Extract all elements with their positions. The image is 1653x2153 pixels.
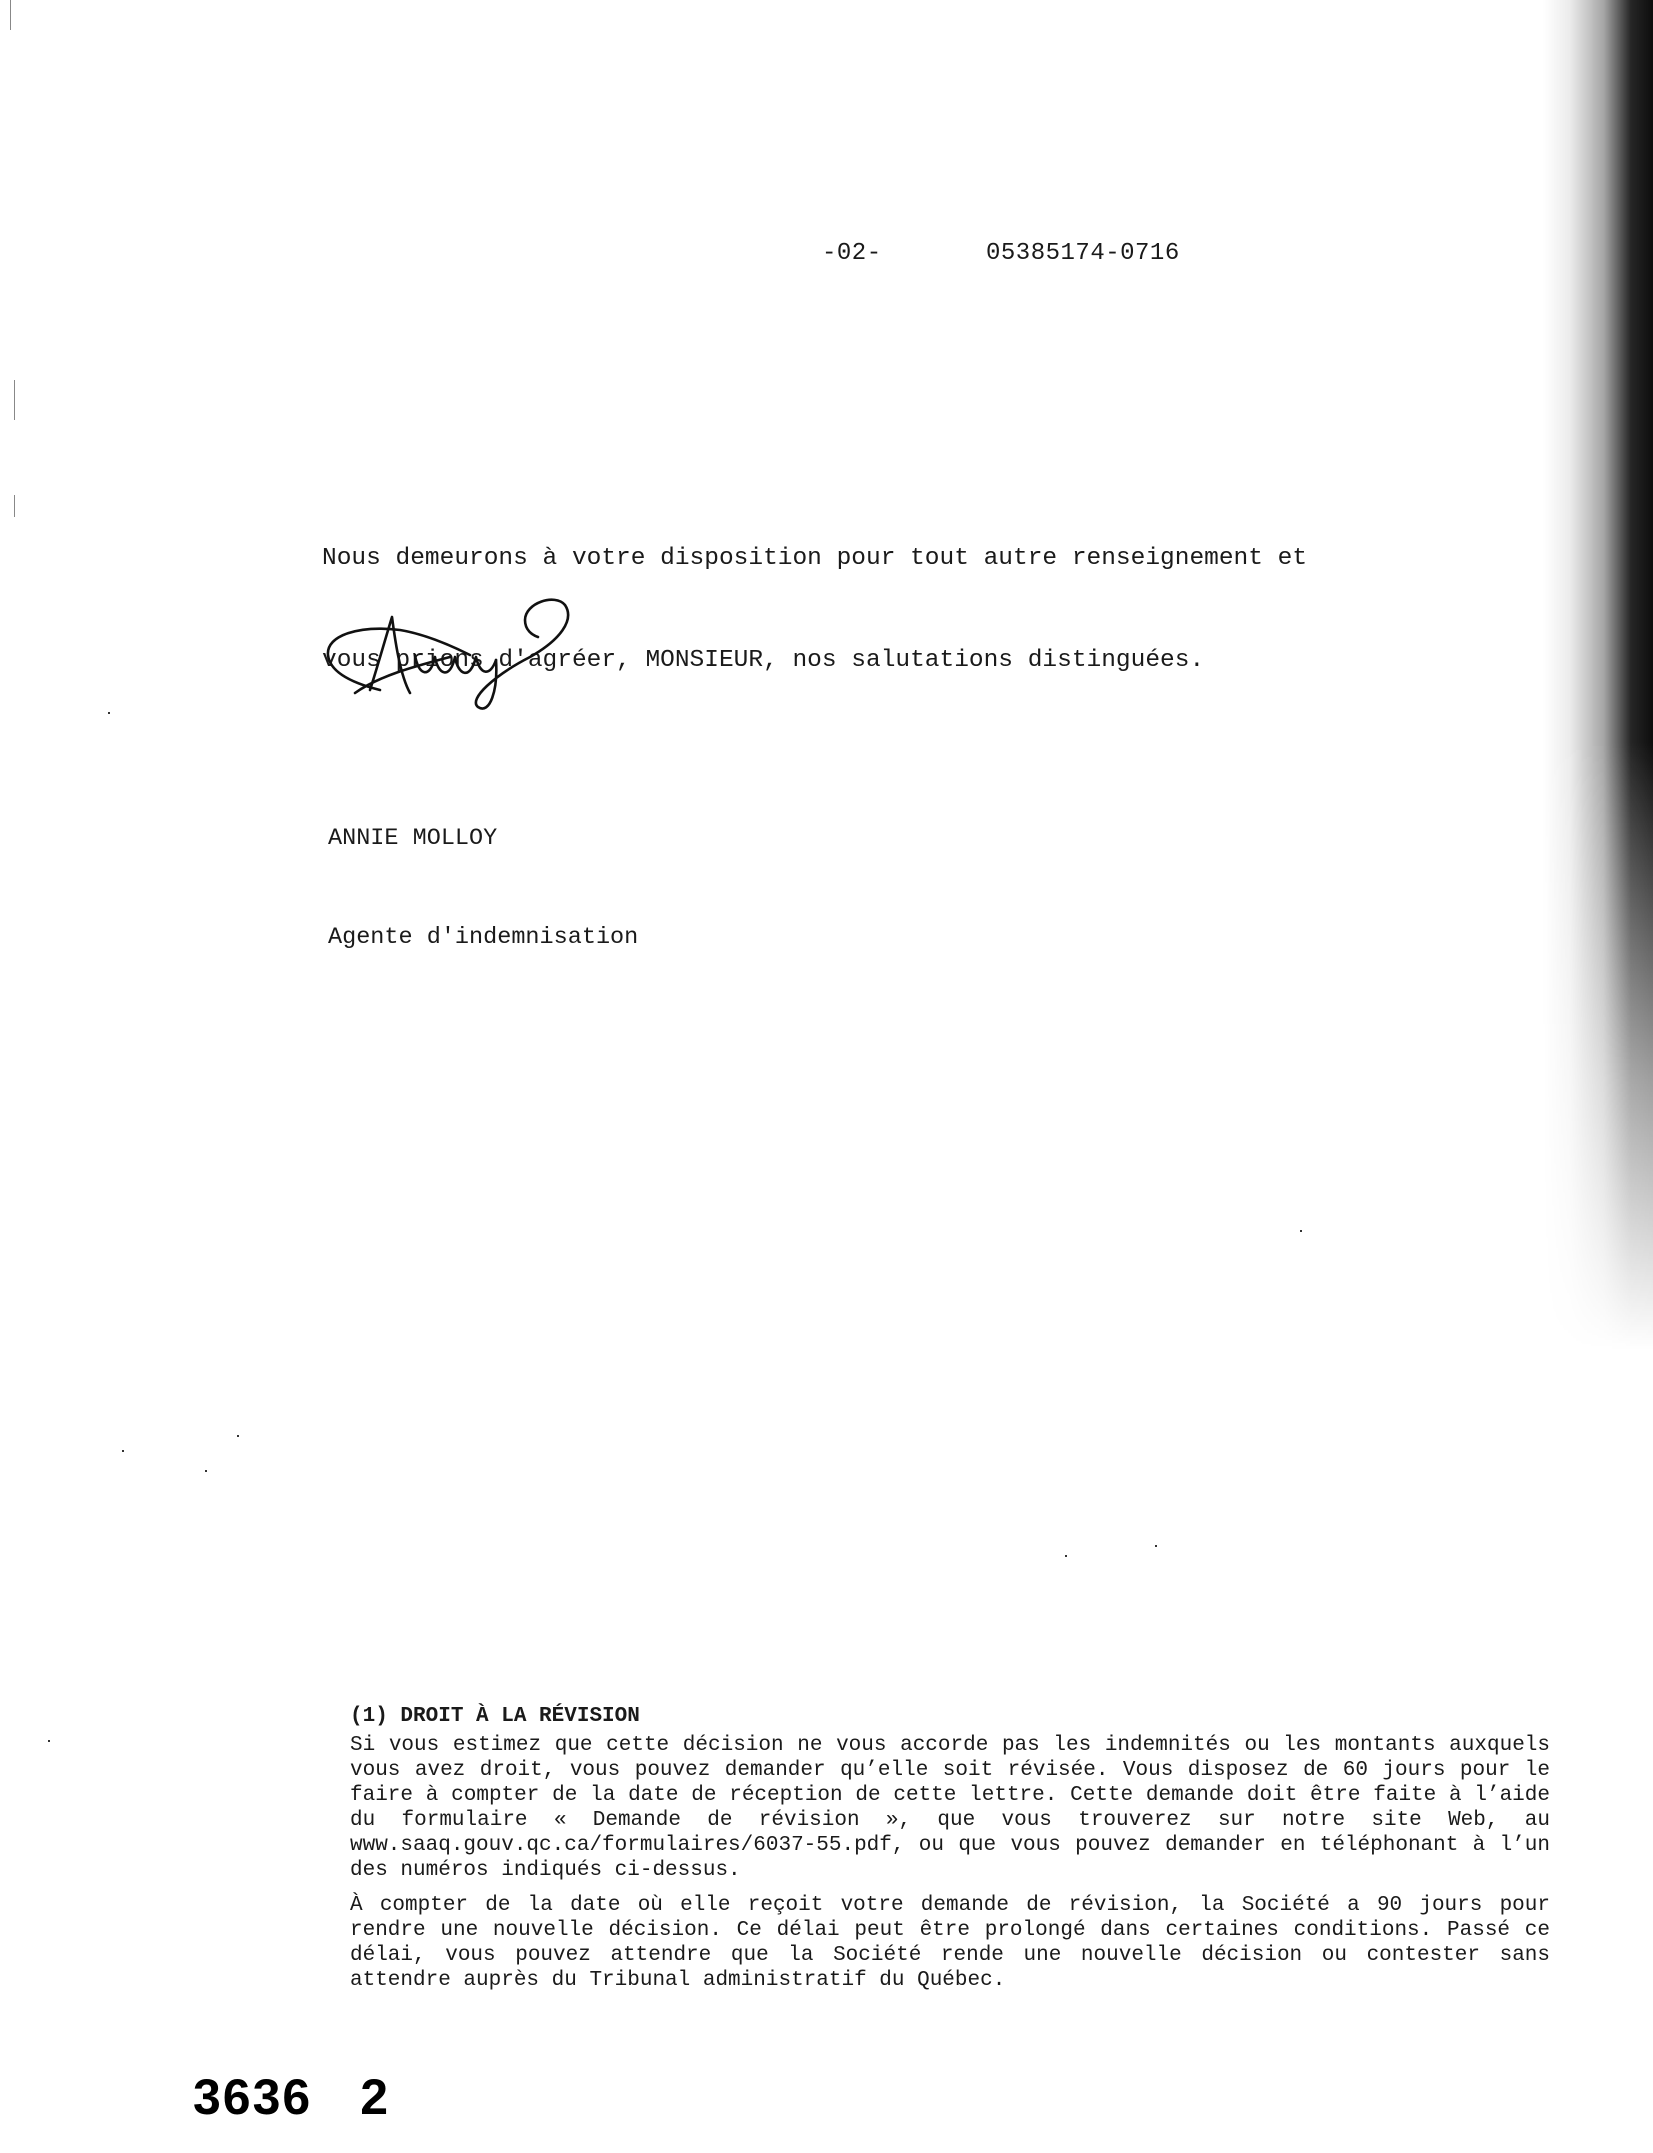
revision-paragraph: À compter de la date où elle reçoit votr…: [350, 1893, 1550, 1993]
signature-icon: [320, 595, 640, 715]
revision-paragraph: Si vous estimez que cette décision ne vo…: [350, 1733, 1550, 1883]
scan-speck: [1300, 1230, 1302, 1232]
scan-speck: [122, 1450, 124, 1452]
signer-block: ANNIE MOLLOY Agente d'indemnisation: [328, 756, 638, 1020]
scan-margin-mark: [10, 0, 11, 30]
closing-line: Nous demeurons à votre disposition pour …: [322, 542, 1307, 576]
signer-name: ANNIE MOLLOY: [328, 822, 638, 855]
scan-margin-mark: [14, 495, 15, 517]
stamp-suffix: 2: [360, 2069, 390, 2125]
document-stamp: 36362: [193, 2068, 390, 2126]
scan-edge-shadow: [1543, 0, 1653, 1350]
scan-speck: [1155, 1545, 1157, 1547]
scan-speck: [1065, 1555, 1067, 1557]
scan-speck: [108, 712, 110, 714]
revision-notice: (1) DROIT À LA RÉVISION Si vous estimez …: [350, 1703, 1550, 1993]
revision-title: (1) DROIT À LA RÉVISION: [350, 1703, 1550, 1731]
scan-margin-mark: [14, 380, 15, 420]
page-number: -02-: [822, 240, 882, 267]
stamp-number: 3636: [193, 2069, 312, 2125]
signer-title: Agente d'indemnisation: [328, 921, 638, 954]
letter-page: -02- 05385174-0716 Nous demeurons à votr…: [0, 0, 1653, 2153]
scan-speck: [205, 1470, 207, 1472]
scan-speck: [237, 1435, 239, 1437]
reference-number: 05385174-0716: [986, 240, 1180, 267]
scan-speck: [48, 1740, 50, 1742]
